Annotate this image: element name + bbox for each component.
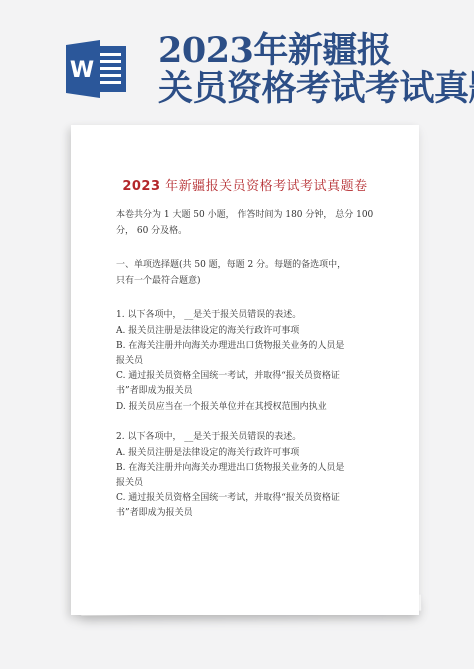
preview-title: 2023年新疆报 关员资格考试考试真题卷	[158, 32, 474, 108]
option-a: A. 报关员注册是法律设定的海关行政许可事项	[116, 323, 386, 339]
title-line-2: 关员资格考试考试真题卷	[158, 70, 474, 108]
option-b: B. 在海关注册并向海关办理进出口货物报关业务的人员是	[116, 339, 386, 353]
option-c: C. 通过报关员资格全国统一考试，并取得“报关员资格证	[116, 369, 386, 383]
preview-header: W 2023年新疆报 关员资格考试考试真题卷	[0, 0, 474, 120]
document-title: 2023 年新疆报关员资格考试考试真题卷	[71, 175, 419, 194]
question-2: 2. 以下各项中， __是关于报关员错误的表述。 A. 报关员注册是法律设定的海…	[116, 429, 386, 521]
option-b: B. 在海关注册并向海关办理进出口货物报关业务的人员是	[116, 461, 386, 475]
option-a: A. 报关员注册是法律设定的海关行政许可事项	[116, 445, 386, 461]
exam-intro: 本卷共分为 1 大题 50 小题， 作答时间为 180 分钟， 总分 100 分…	[116, 207, 386, 239]
title-line-1: 2023年新疆报	[158, 32, 474, 70]
option-c: C. 通过报关员资格全国统一考试，并取得“报关员资格证	[116, 491, 386, 505]
document-page: 2023 年新疆报关员资格考试考试真题卷 本卷共分为 1 大题 50 小题， 作…	[71, 125, 419, 615]
option-d: D. 报关员应当在一个报关单位并在其授权范围内执业	[116, 399, 386, 415]
question-stem: 2. 以下各项中， __是关于报关员错误的表述。	[116, 429, 386, 445]
question-stem: 1. 以下各项中， __是关于报关员错误的表述。	[116, 307, 386, 323]
document-body: 本卷共分为 1 大题 50 小题， 作答时间为 180 分钟， 总分 100 分…	[116, 207, 386, 521]
word-document-icon: W	[66, 40, 128, 98]
svg-text:W: W	[70, 58, 94, 83]
question-1: 1. 以下各项中， __是关于报关员错误的表述。 A. 报关员注册是法律设定的海…	[116, 307, 386, 415]
section-heading: 一、单项选择题(共 50 题，每题 2 分。每题的备选项中， 只有一个最符合题意…	[116, 257, 386, 289]
